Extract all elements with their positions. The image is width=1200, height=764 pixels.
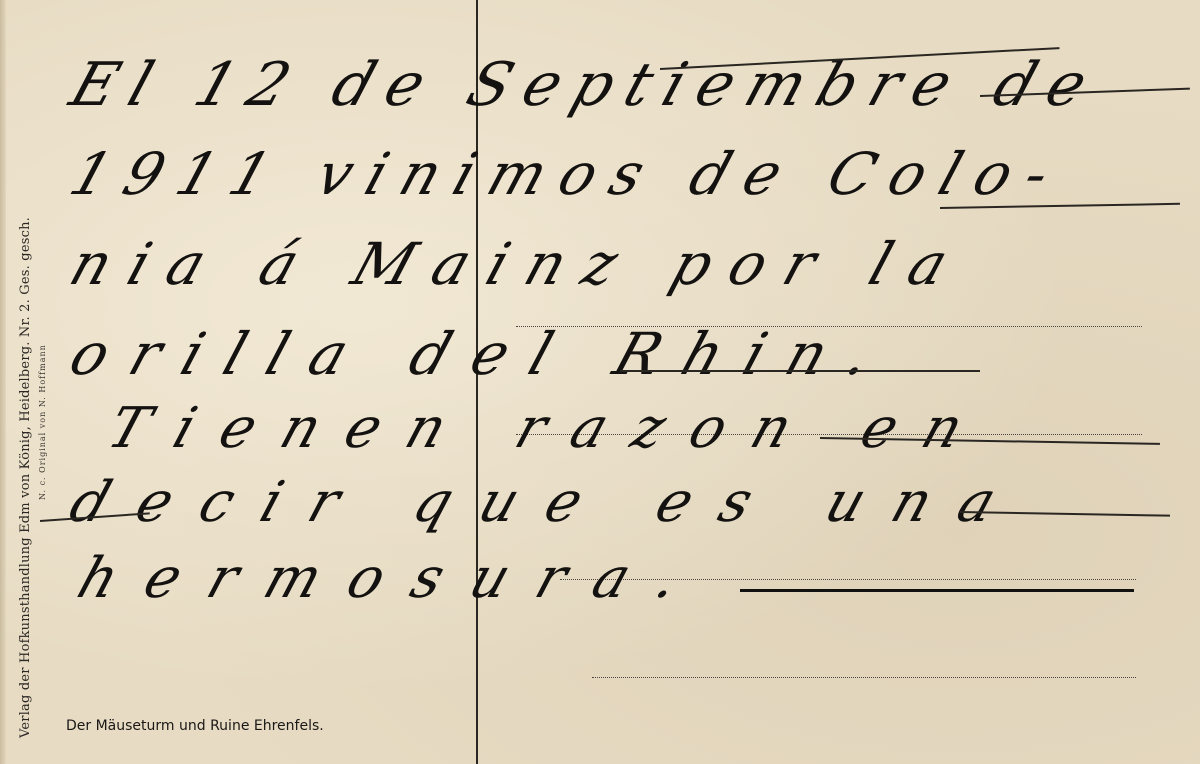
handwriting-line-1: El 12 de Septiembre de bbox=[62, 50, 1110, 120]
pen-stroke bbox=[620, 370, 980, 372]
postcard-back: Verlag der Hofkunsthandlung Edm von Köni… bbox=[0, 0, 1200, 764]
handwriting-line-5: Tienen razon en bbox=[100, 396, 999, 461]
handwriting-line-4: orilla del Rhin. bbox=[62, 320, 903, 388]
address-line-4 bbox=[592, 677, 1136, 678]
card-edge bbox=[0, 0, 6, 764]
handwriting-line-3: nia á Mainz por la bbox=[62, 230, 976, 298]
postcard-caption: Der Mäuseturm und Ruine Ehrenfels. bbox=[66, 718, 324, 734]
underline-stroke bbox=[740, 589, 1134, 592]
original-credit: N. c. Original von N. Hoffmann bbox=[38, 344, 47, 500]
handwriting-line-7: hermosura. bbox=[70, 546, 717, 611]
handwriting-line-6: decir que es una bbox=[62, 470, 1034, 535]
publisher-imprint: Verlag der Hofkunsthandlung Edm von Köni… bbox=[18, 217, 33, 738]
handwriting-line-2: 1911 vinimos de Colo- bbox=[62, 140, 1074, 208]
